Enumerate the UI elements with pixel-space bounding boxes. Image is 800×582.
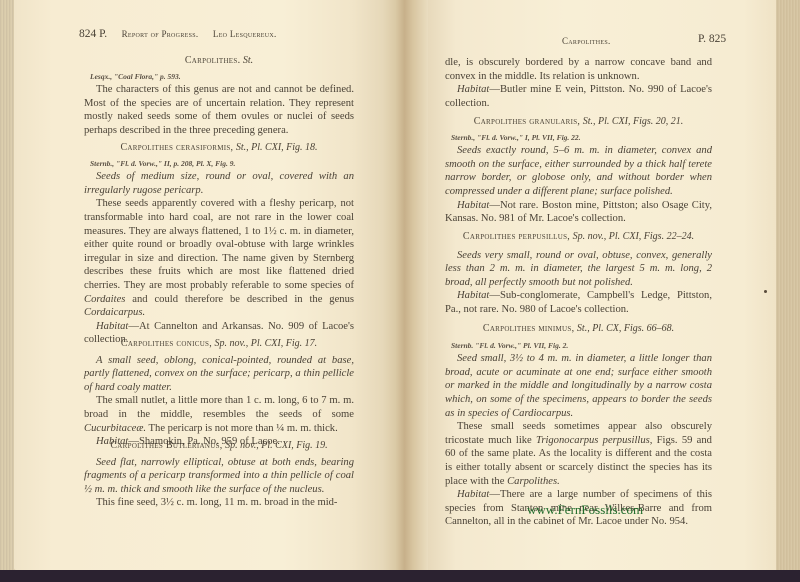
right-section-perpusillus: Carpolithes perpusillus, Sp. nov., Pl. C… xyxy=(445,230,712,317)
left-section-butlerianus: Carpolithes Butlerianus, Sp. nov., Pl. C… xyxy=(84,439,354,510)
habitat: Habitat—Butler mine E vein, Pittston. No… xyxy=(445,83,712,110)
section-title: Carpolithes minimus, St., Pl. CX, Figs. … xyxy=(445,322,712,336)
species-description: Seed flat, narrowly elliptical, obtuse a… xyxy=(84,456,354,497)
right-page-edges xyxy=(776,0,800,580)
paragraph: These small seeds sometimes appear also … xyxy=(445,420,712,488)
left-section-cerasiformis: Carpolithes cerasiformis, St., Pl. CXI, … xyxy=(84,141,354,347)
section-title: Carpolithes Butlerianus, Sp. nov., Pl. C… xyxy=(84,439,354,453)
book-spread: 824 P. Report of Progress. Leo Lesquereu… xyxy=(0,0,800,582)
habitat: Habitat—Sub-conglomerate, Campbell's Led… xyxy=(445,289,712,316)
section-title: Carpolithes perpusillus, Sp. nov., Pl. C… xyxy=(445,230,712,244)
book-gutter xyxy=(396,0,430,575)
paragraph: dle, is obscurely bordered by a narrow c… xyxy=(445,56,712,83)
species-description: Seed small, 3½ to 4 m. m. in diameter, a… xyxy=(445,352,712,420)
left-section-carpolithes: Carpolithes. St. Lesqx., "Coal Flora," p… xyxy=(84,54,354,138)
left-running-title: Report of Progress. xyxy=(122,29,199,39)
left-author: Leo Lesquereux. xyxy=(213,29,277,39)
species-description: Seeds exactly round, 5–6 m. m. in diamet… xyxy=(445,144,712,198)
section-title: Carpolithes conicus, Sp. nov., Pl. CXI, … xyxy=(84,337,354,351)
species-description: Seeds very small, round or oval, obtuse,… xyxy=(445,249,712,290)
left-page-number: 824 P. xyxy=(79,28,107,40)
left-section-conicus: Carpolithes conicus, Sp. nov., Pl. CXI, … xyxy=(84,337,354,449)
paragraph: The characters of this genus are not and… xyxy=(84,83,354,137)
paragraph: This fine seed, 3½ c. m. long, 11 m. m. … xyxy=(84,496,354,510)
section-title: Carpolithes. St. xyxy=(84,54,354,68)
species-description: A small seed, oblong, conical-pointed, r… xyxy=(84,354,354,395)
section-reference: Sternb., "Fl. d. Vorw.," I, Pl. VII, Fig… xyxy=(451,131,712,145)
paper-speck xyxy=(764,290,767,293)
section-title: Carpolithes granularis, St., Pl. CXI, Fi… xyxy=(445,115,712,129)
right-section-granularis: Carpolithes granularis, St., Pl. CXI, Fi… xyxy=(445,115,712,226)
right-section-minimus: Carpolithes minimus, St., Pl. CX, Figs. … xyxy=(445,322,712,529)
section-reference: Lesqx., "Coal Flora," p. 593. xyxy=(90,70,354,84)
watermark-link[interactable]: www.FernFossils.com xyxy=(527,502,643,518)
section-reference: Sternb., "Fl. d. Vorw.," II, p. 208, Pl.… xyxy=(90,157,354,171)
section-reference: Sternb. "Fl. d. Vorw.," Pl. VII, Fig. 2. xyxy=(451,339,712,353)
right-page-number: P. 825 xyxy=(698,33,726,45)
paragraph: The small nutlet, a little more than 1 c… xyxy=(84,394,354,435)
paragraph: These seeds apparently covered with a fl… xyxy=(84,197,354,319)
section-title: Carpolithes cerasiformis, St., Pl. CXI, … xyxy=(84,141,354,155)
habitat: Habitat—Not rare. Boston mine, Pittston;… xyxy=(445,199,712,226)
right-running-title: Carpolithes. xyxy=(562,36,611,47)
right-continuation: dle, is obscurely bordered by a narrow c… xyxy=(445,56,712,110)
table-shadow xyxy=(0,570,800,582)
left-running-head: 824 P. Report of Progress. Leo Lesquereu… xyxy=(79,28,277,40)
species-description: Seeds of medium size, round or oval, cov… xyxy=(84,170,354,197)
